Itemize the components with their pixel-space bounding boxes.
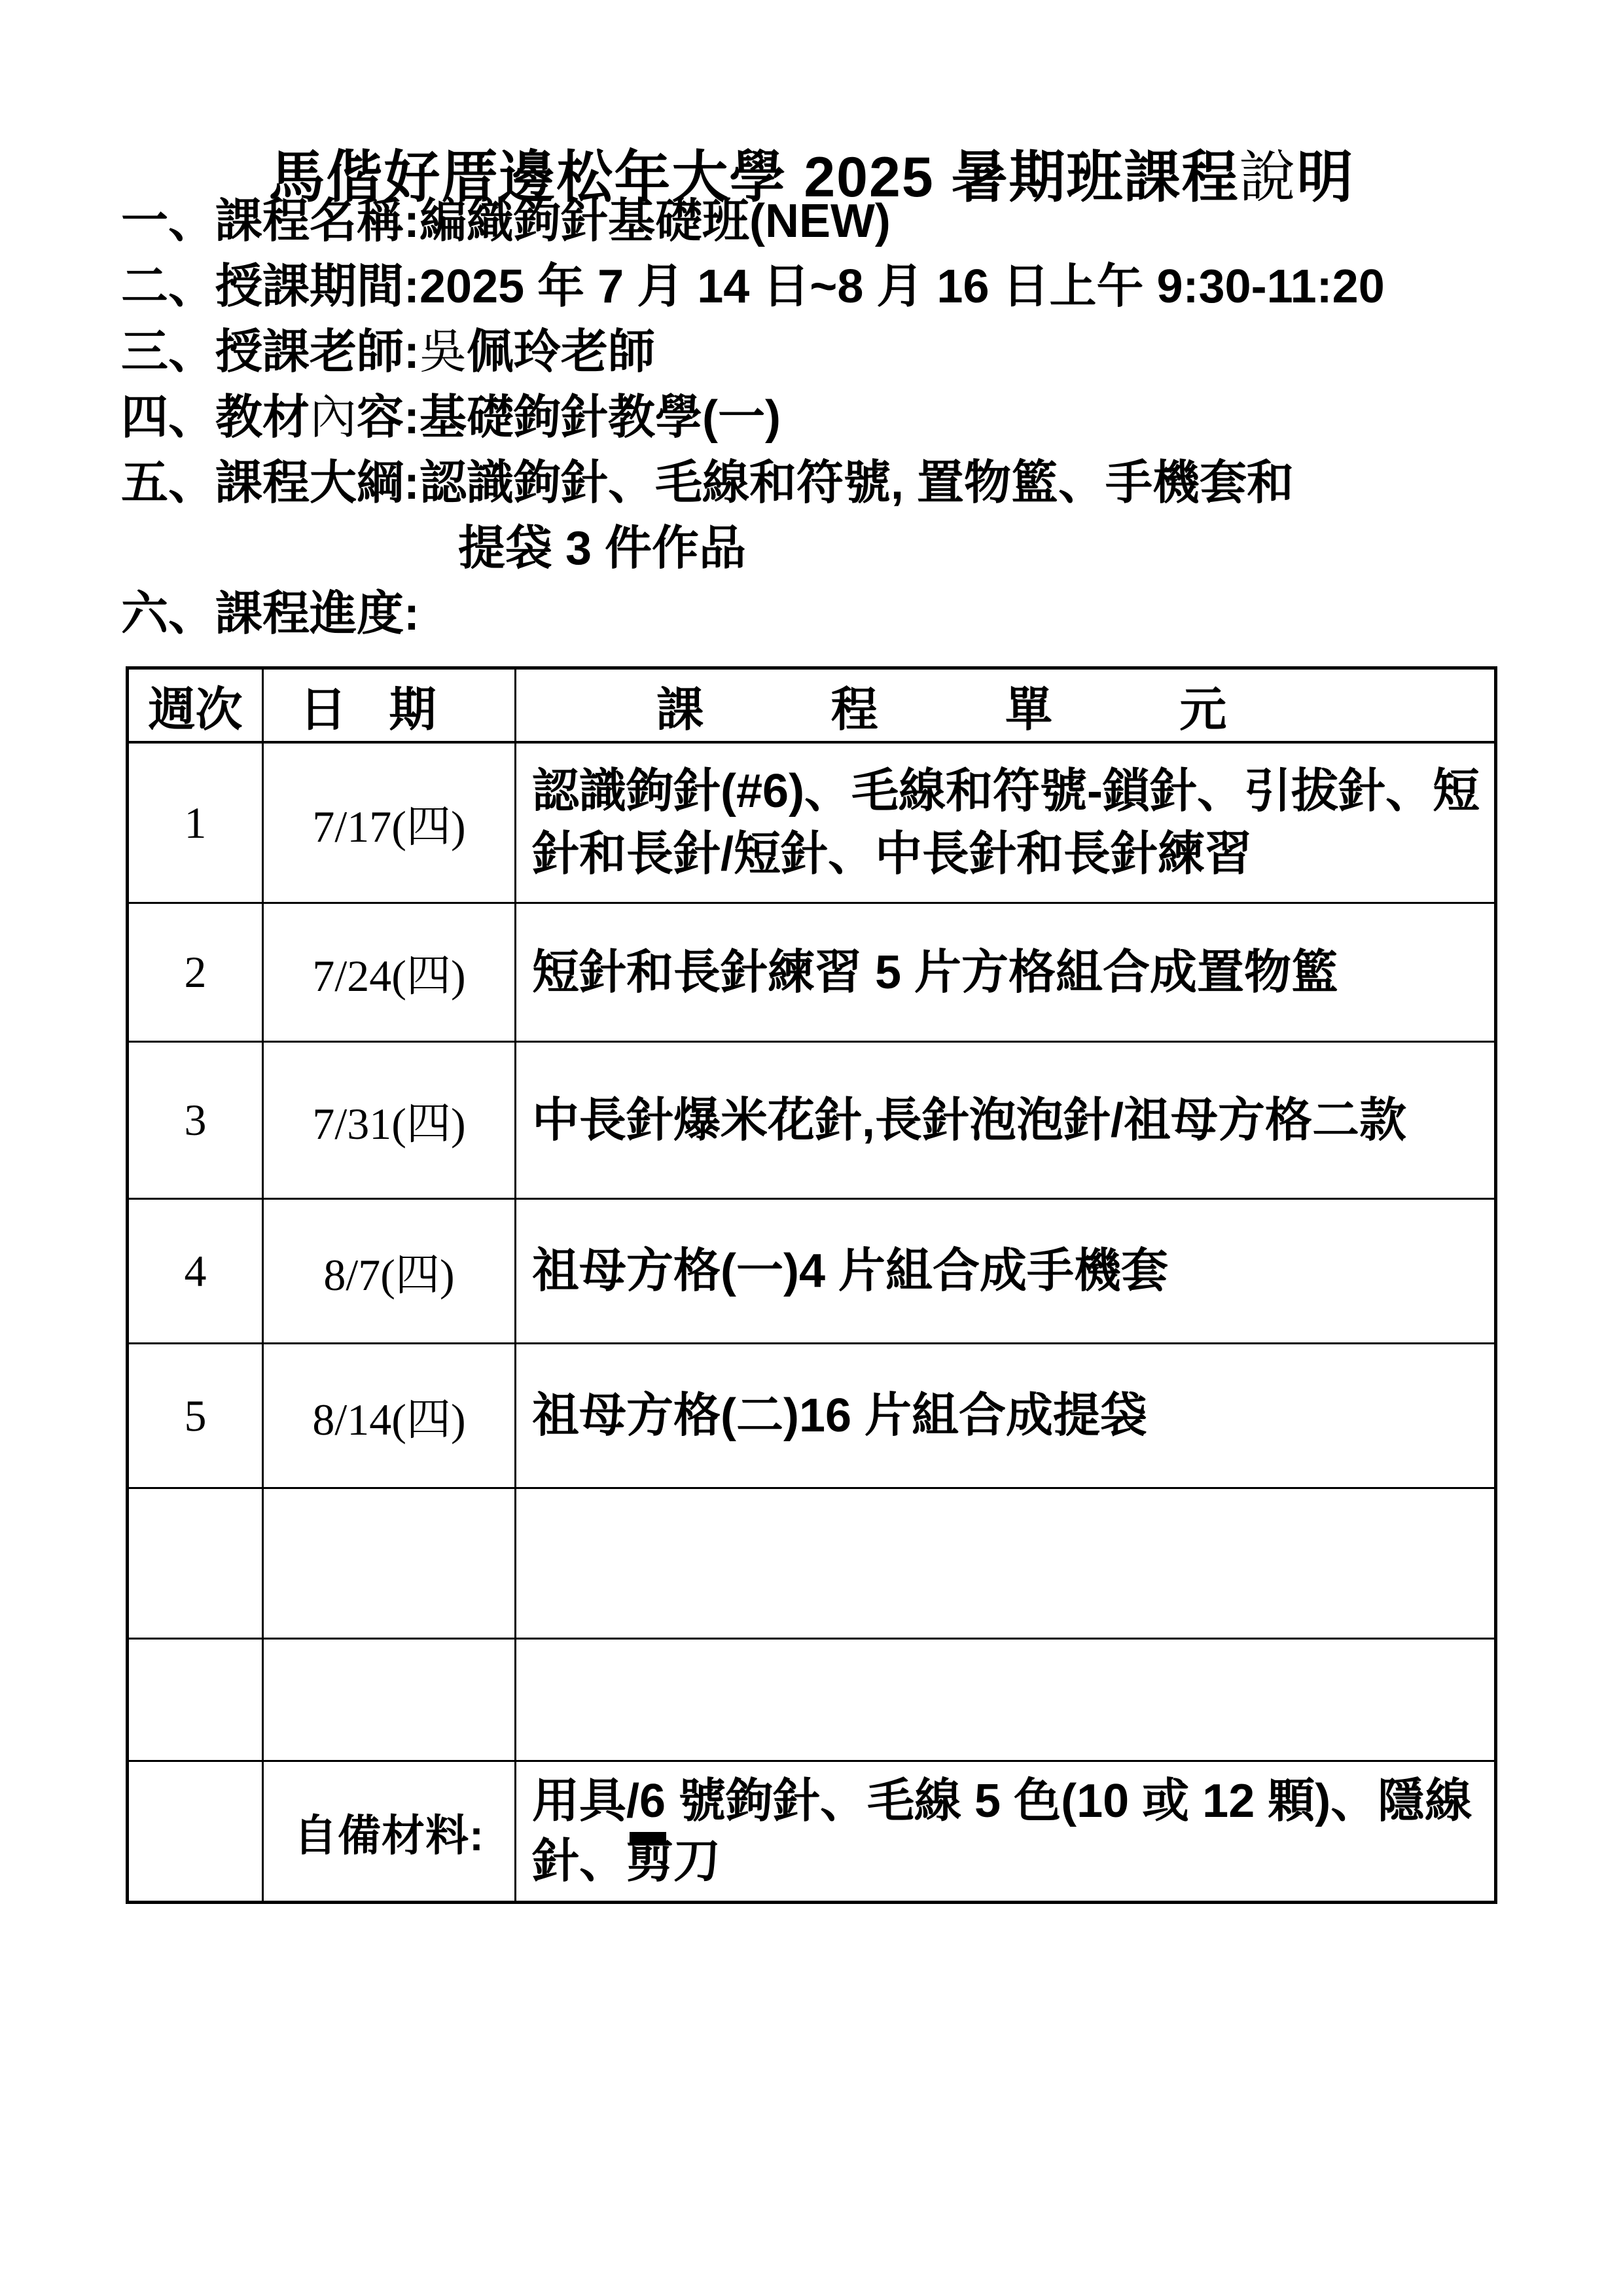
unit-cell: 祖母方格(二)16 片組合成提袋: [516, 1344, 1496, 1488]
header-week: 週次: [128, 668, 263, 743]
week-cell: [128, 1761, 263, 1903]
schedule-row-empty-1: [128, 1488, 1496, 1639]
schedule-row-5: 5 8/14(四) 祖母方格(二)16 片組合成提袋: [128, 1344, 1496, 1488]
date-cell: 7/17(四): [263, 742, 516, 903]
unit-cell: 短針和長針練習 5 片方格組合成置物籃: [516, 903, 1496, 1042]
material-text-thin: 內: [310, 391, 357, 444]
schedule-row-3: 3 7/31(四) 中長針爆米花針,長針泡泡針/祖母方格二款: [128, 1042, 1496, 1199]
material-text: 容:基礎鉤針教學(一): [357, 391, 781, 444]
info-line-schedule-heading: 六、課程進度:: [121, 581, 1584, 647]
document-page: 馬偕好厝邊松年大學 2025 暑期班課程說明 一、課程名稱:編織鉤針基礎班(NE…: [0, 0, 1623, 2296]
unit-cell: 中長針爆米花針,長針泡泡針/祖母方格二款: [516, 1042, 1496, 1199]
ink-smudge-mark: [630, 1832, 666, 1843]
teacher-text: 佩玲老師: [467, 326, 655, 378]
header-unit: 課程單元: [516, 668, 1496, 743]
schedule-row-materials: 自備材料: 用具/6 號鉤針、毛線 5 色(10 或 12 顆)、隱線針、剪刀: [128, 1761, 1496, 1903]
teacher-text: 三、授課老師:: [121, 326, 419, 378]
date-cell: 8/14(四): [263, 1344, 516, 1488]
date-cell: 7/24(四): [263, 903, 516, 1042]
schedule-header-row: 週次 日期 課程單元: [128, 668, 1496, 743]
material-text: 四、教材: [121, 391, 310, 444]
schedule-row-1: 1 7/17(四) 認識鉤針(#6)、毛線和符號-鎖針、引拔針、短針和長針/短針…: [128, 742, 1496, 903]
week-cell: [128, 1488, 263, 1639]
teacher-text-thin: 吳: [419, 326, 467, 378]
week-cell: 3: [128, 1042, 263, 1199]
schedule-row-4: 4 8/7(四) 祖母方格(一)4 片組合成手機套: [128, 1199, 1496, 1344]
info-line-outline-continued: 提袋 3 件作品: [121, 516, 1584, 581]
week-cell: 4: [128, 1199, 263, 1344]
header-date: 日期: [263, 668, 516, 743]
schedule-row-2: 2 7/24(四) 短針和長針練習 5 片方格組合成置物籃: [128, 903, 1496, 1042]
info-line-period: 二、授課期間:2025 年 7 月 14 日~8 月 16 日上午 9:30-1…: [121, 254, 1584, 319]
outline-continued-text: 提袋 3 件作品: [458, 522, 746, 575]
info-line-outline: 五、課程大綱:認識鉤針、毛線和符號, 置物籃、手機套和: [121, 450, 1584, 516]
info-line-material-content: 四、教材內容:基礎鉤針教學(一): [121, 385, 1584, 450]
period-text: 二、授課期間:2025 年 7 月 14 日~8 月 16 日上午 9:30-1…: [121, 260, 1385, 313]
course-name-text: 一、課程名稱:編織鉤針基礎班(NEW): [121, 195, 891, 247]
week-cell: 1: [128, 742, 263, 903]
date-cell: [263, 1639, 516, 1761]
unit-cell: [516, 1488, 1496, 1639]
info-line-course-name: 一、課程名稱:編織鉤針基礎班(NEW): [121, 188, 1584, 254]
outline-text: 五、課程大綱:認識鉤針、毛線和符號, 置物籃、手機套和: [121, 457, 1294, 509]
schedule-row-empty-2: [128, 1639, 1496, 1761]
date-cell: 7/31(四): [263, 1042, 516, 1199]
date-cell: 8/7(四): [263, 1199, 516, 1344]
unit-cell: 祖母方格(一)4 片組合成手機套: [516, 1199, 1496, 1344]
materials-label-cell: 自備材料:: [263, 1761, 516, 1903]
unit-cell: [516, 1639, 1496, 1761]
date-cell: [263, 1488, 516, 1639]
week-cell: 5: [128, 1344, 263, 1488]
course-info-list: 一、課程名稱:編織鉤針基礎班(NEW) 二、授課期間:2025 年 7 月 14…: [121, 188, 1584, 647]
schedule-table: 週次 日期 課程單元 1 7/17(四) 認識鉤針(#6)、毛線和符號-鎖針、引…: [126, 666, 1497, 1904]
week-cell: 2: [128, 903, 263, 1042]
schedule-heading-text: 六、課程進度:: [121, 588, 419, 640]
week-cell: [128, 1639, 263, 1761]
unit-cell: 認識鉤針(#6)、毛線和符號-鎖針、引拔針、短針和長針/短針、中長針和長針練習: [516, 742, 1496, 903]
info-line-teacher: 三、授課老師:吳佩玲老師: [121, 319, 1584, 385]
